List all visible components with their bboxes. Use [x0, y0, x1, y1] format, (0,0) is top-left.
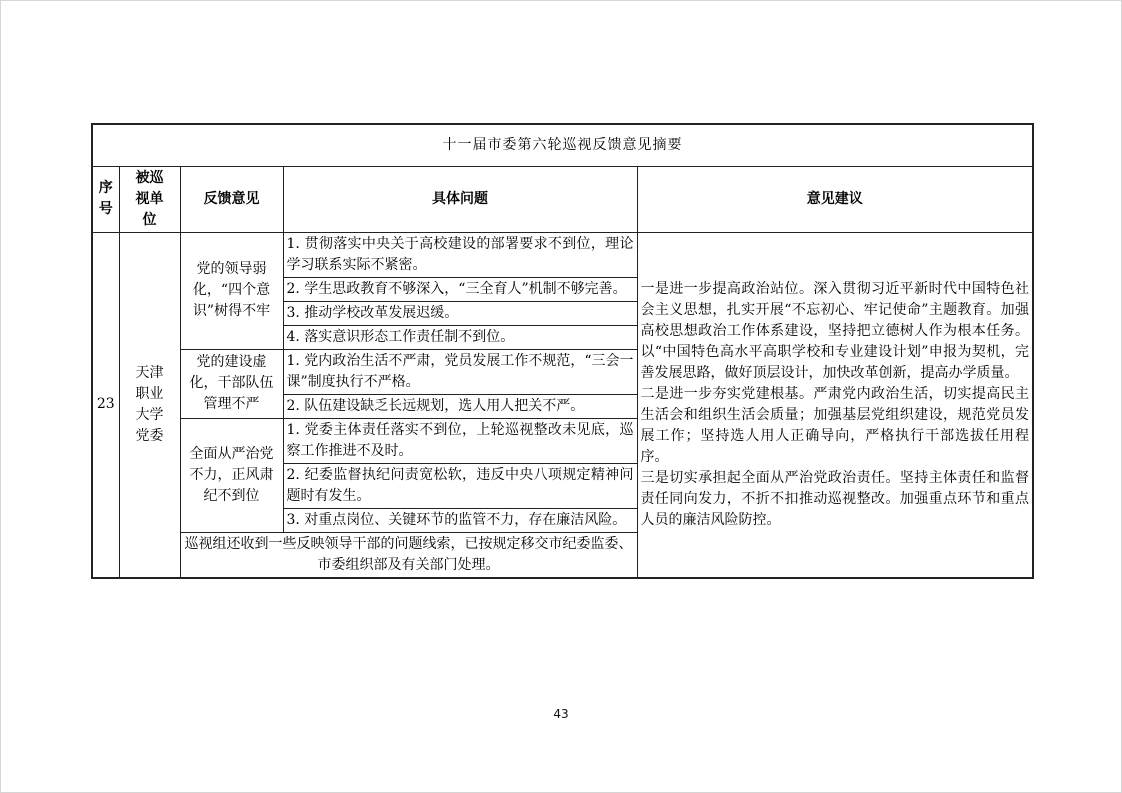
column-header-problems: 具体问题	[283, 166, 637, 232]
column-header-feedback: 反馈意见	[180, 166, 283, 232]
problem-cell: 2. 纪委监督执纪问责宽松软，违反中央八项规定精神问题时有发生。	[283, 463, 637, 508]
problem-cell: 1. 党委主体责任落实不到位，上轮巡视整改未见底，巡察工作推进不及时。	[283, 418, 637, 463]
column-header-unit: 被巡视单位	[119, 166, 180, 232]
suggestion-paragraph: 三是切实承担起全面从严治党政治责任。坚持主体责任和监督责任同向发力，不折不扣推动…	[641, 468, 1030, 531]
problem-cell: 4. 落实意识形态工作责任制不到位。	[283, 325, 637, 349]
unit-name: 天津职业大学党委	[135, 363, 165, 447]
inspection-summary-table: 十一届市委第六轮巡视反馈意见摘要 序号 被巡视单位 反馈意见 具体问题 意见建议…	[91, 123, 1034, 579]
table-title: 十一届市委第六轮巡视反馈意见摘要	[92, 124, 1033, 166]
unit-cell: 天津职业大学党委	[119, 232, 180, 578]
problem-cell: 3. 推动学校改革发展迟缓。	[283, 301, 637, 325]
column-header-unit-label: 被巡视单位	[135, 168, 165, 231]
column-header-seq-label: 序号	[98, 178, 114, 220]
feedback-cell-group2: 党的建设虚化，干部队伍管理不严	[180, 349, 283, 418]
problem-cell: 3. 对重点岗位、关键环节的监管不力，存在廉洁风险。	[283, 508, 637, 532]
suggestion-paragraph: 一是进一步提高政治站位。深入贯彻习近平新时代中国特色社会主义思想，扎实开展“不忘…	[641, 279, 1030, 384]
column-header-suggestions: 意见建议	[637, 166, 1033, 232]
column-header-seq: 序号	[92, 166, 119, 232]
suggestion-paragraph: 二是进一步夯实党建根基。严肃党内政治生活，切实提高民主生活会和组织生活会质量；加…	[641, 384, 1030, 468]
suggestions-cell: 一是进一步提高政治站位。深入贯彻习近平新时代中国特色社会主义思想，扎实开展“不忘…	[637, 232, 1033, 578]
page-number: 43	[1, 707, 1121, 721]
header-row: 序号 被巡视单位 反馈意见 具体问题 意见建议	[92, 166, 1033, 232]
document-page: 十一届市委第六轮巡视反馈意见摘要 序号 被巡视单位 反馈意见 具体问题 意见建议…	[0, 0, 1122, 793]
feedback-cell-group1: 党的领导弱化，“四个意识”树得不牢	[180, 232, 283, 349]
problem-cell: 1. 贯彻落实中央关于高校建设的部署要求不到位，理论学习联系实际不紧密。	[283, 232, 637, 277]
table-row: 23 天津职业大学党委 党的领导弱化，“四个意识”树得不牢 1. 贯彻落实中央关…	[92, 232, 1033, 277]
problem-cell: 2. 学生思政教育不够深入，“三全育人”机制不够完善。	[283, 277, 637, 301]
seq-cell: 23	[92, 232, 119, 578]
problem-cell: 1. 党内政治生活不严肃，党员发展工作不规范，“三会一课”制度执行不严格。	[283, 349, 637, 394]
footer-note-cell: 巡视组还收到一些反映领导干部的问题线索，已按规定移交市纪委监委、市委组织部及有关…	[180, 532, 637, 578]
problem-cell: 2. 队伍建设缺乏长远规划，选人用人把关不严。	[283, 394, 637, 418]
feedback-cell-group3: 全面从严治党不力，正风肃纪不到位	[180, 418, 283, 532]
title-row: 十一届市委第六轮巡视反馈意见摘要	[92, 124, 1033, 166]
